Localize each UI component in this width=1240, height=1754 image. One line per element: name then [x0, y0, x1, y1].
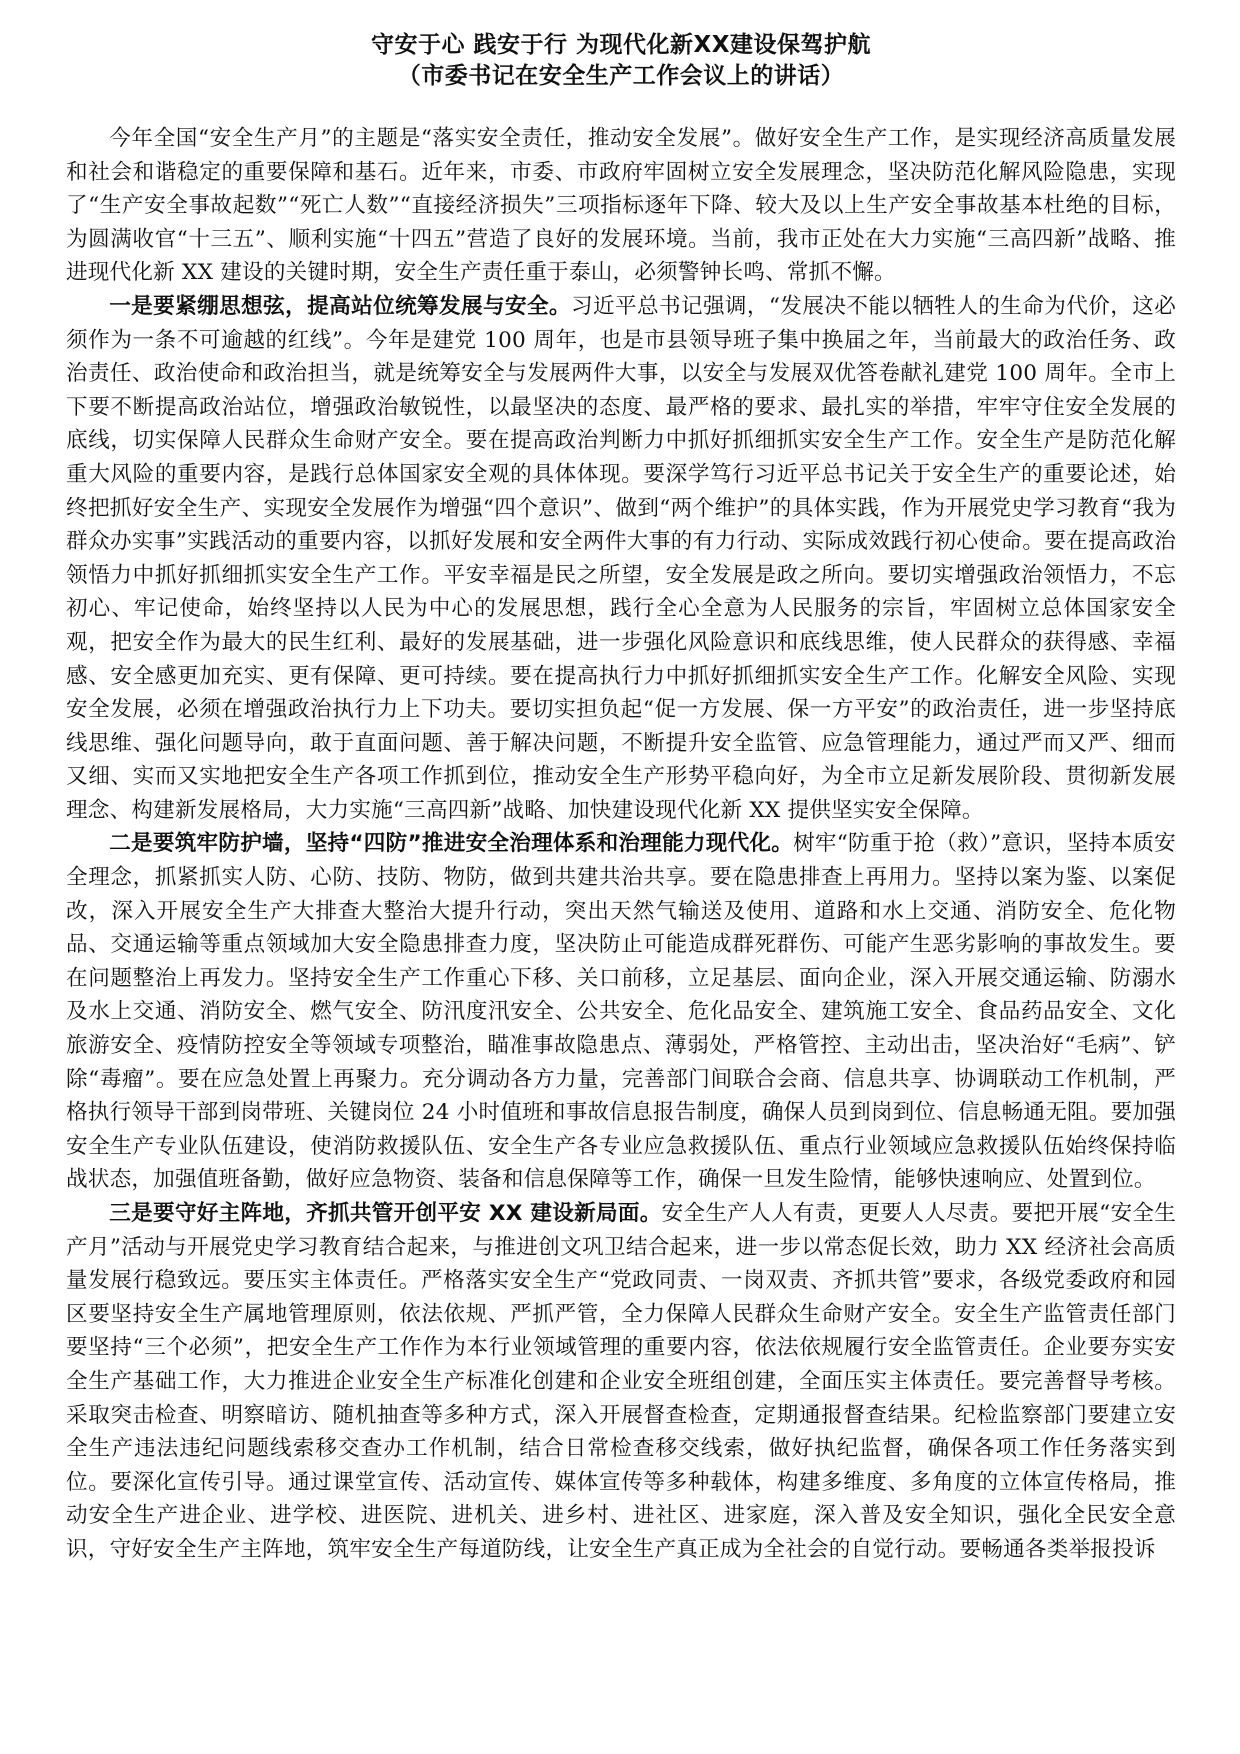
document-page: 守安于心 践安于行 为现代化新XX建设保驾护航 （市委书记在安全生产工作会议上的… [66, 30, 1176, 1567]
document-title: 守安于心 践安于行 为现代化新XX建设保驾护航 [66, 30, 1176, 61]
paragraph-point-two: 二是要筑牢防护墙，坚持“四防”推进安全治理体系和治理能力现代化。树牢“防重于抢（… [66, 827, 1176, 1197]
paragraph-lead: 一是要紧绷思想弦，提高站位统筹发展与安全。 [109, 294, 571, 319]
paragraph-point-three: 三是要守好主阵地，齐抓共管开创平安 XX 建设新局面。安全生产人人有责，更要人人… [66, 1197, 1176, 1567]
paragraph-intro: 今年全国“安全生产月”的主题是“落实安全责任，推动安全发展”。做好安全生产工作，… [66, 122, 1176, 290]
document-subtitle: （市委书记在安全生产工作会议上的讲话） [66, 61, 1176, 92]
paragraph-text: 今年全国“安全生产月”的主题是“落实安全责任，推动安全发展”。做好安全生产工作，… [66, 126, 1176, 285]
paragraph-lead: 三是要守好主阵地，齐抓共管开创平安 XX 建设新局面。 [109, 1201, 661, 1226]
paragraph-lead: 二是要筑牢防护墙，坚持“四防”推进安全治理体系和治理能力现代化。 [109, 831, 793, 856]
paragraph-text: 安全生产人人有责，更要人人尽责。要把开展“安全生产月”活动与开展党史学习教育结合… [66, 1201, 1176, 1562]
paragraph-text: 树牢“防重于抢（救）”意识，坚持本质安全理念，抓紧抓实人防、心防、技防、物防，做… [66, 831, 1176, 1192]
paragraph-point-one: 一是要紧绷思想弦，提高站位统筹发展与安全。习近平总书记强调，“发展决不能以牺牲人… [66, 290, 1176, 828]
document-body: 今年全国“安全生产月”的主题是“落实安全责任，推动安全发展”。做好安全生产工作，… [66, 122, 1176, 1567]
paragraph-text: 习近平总书记强调，“发展决不能以牺牲人的生命为代价，这必须作为一条不可逾越的红线… [66, 294, 1176, 823]
